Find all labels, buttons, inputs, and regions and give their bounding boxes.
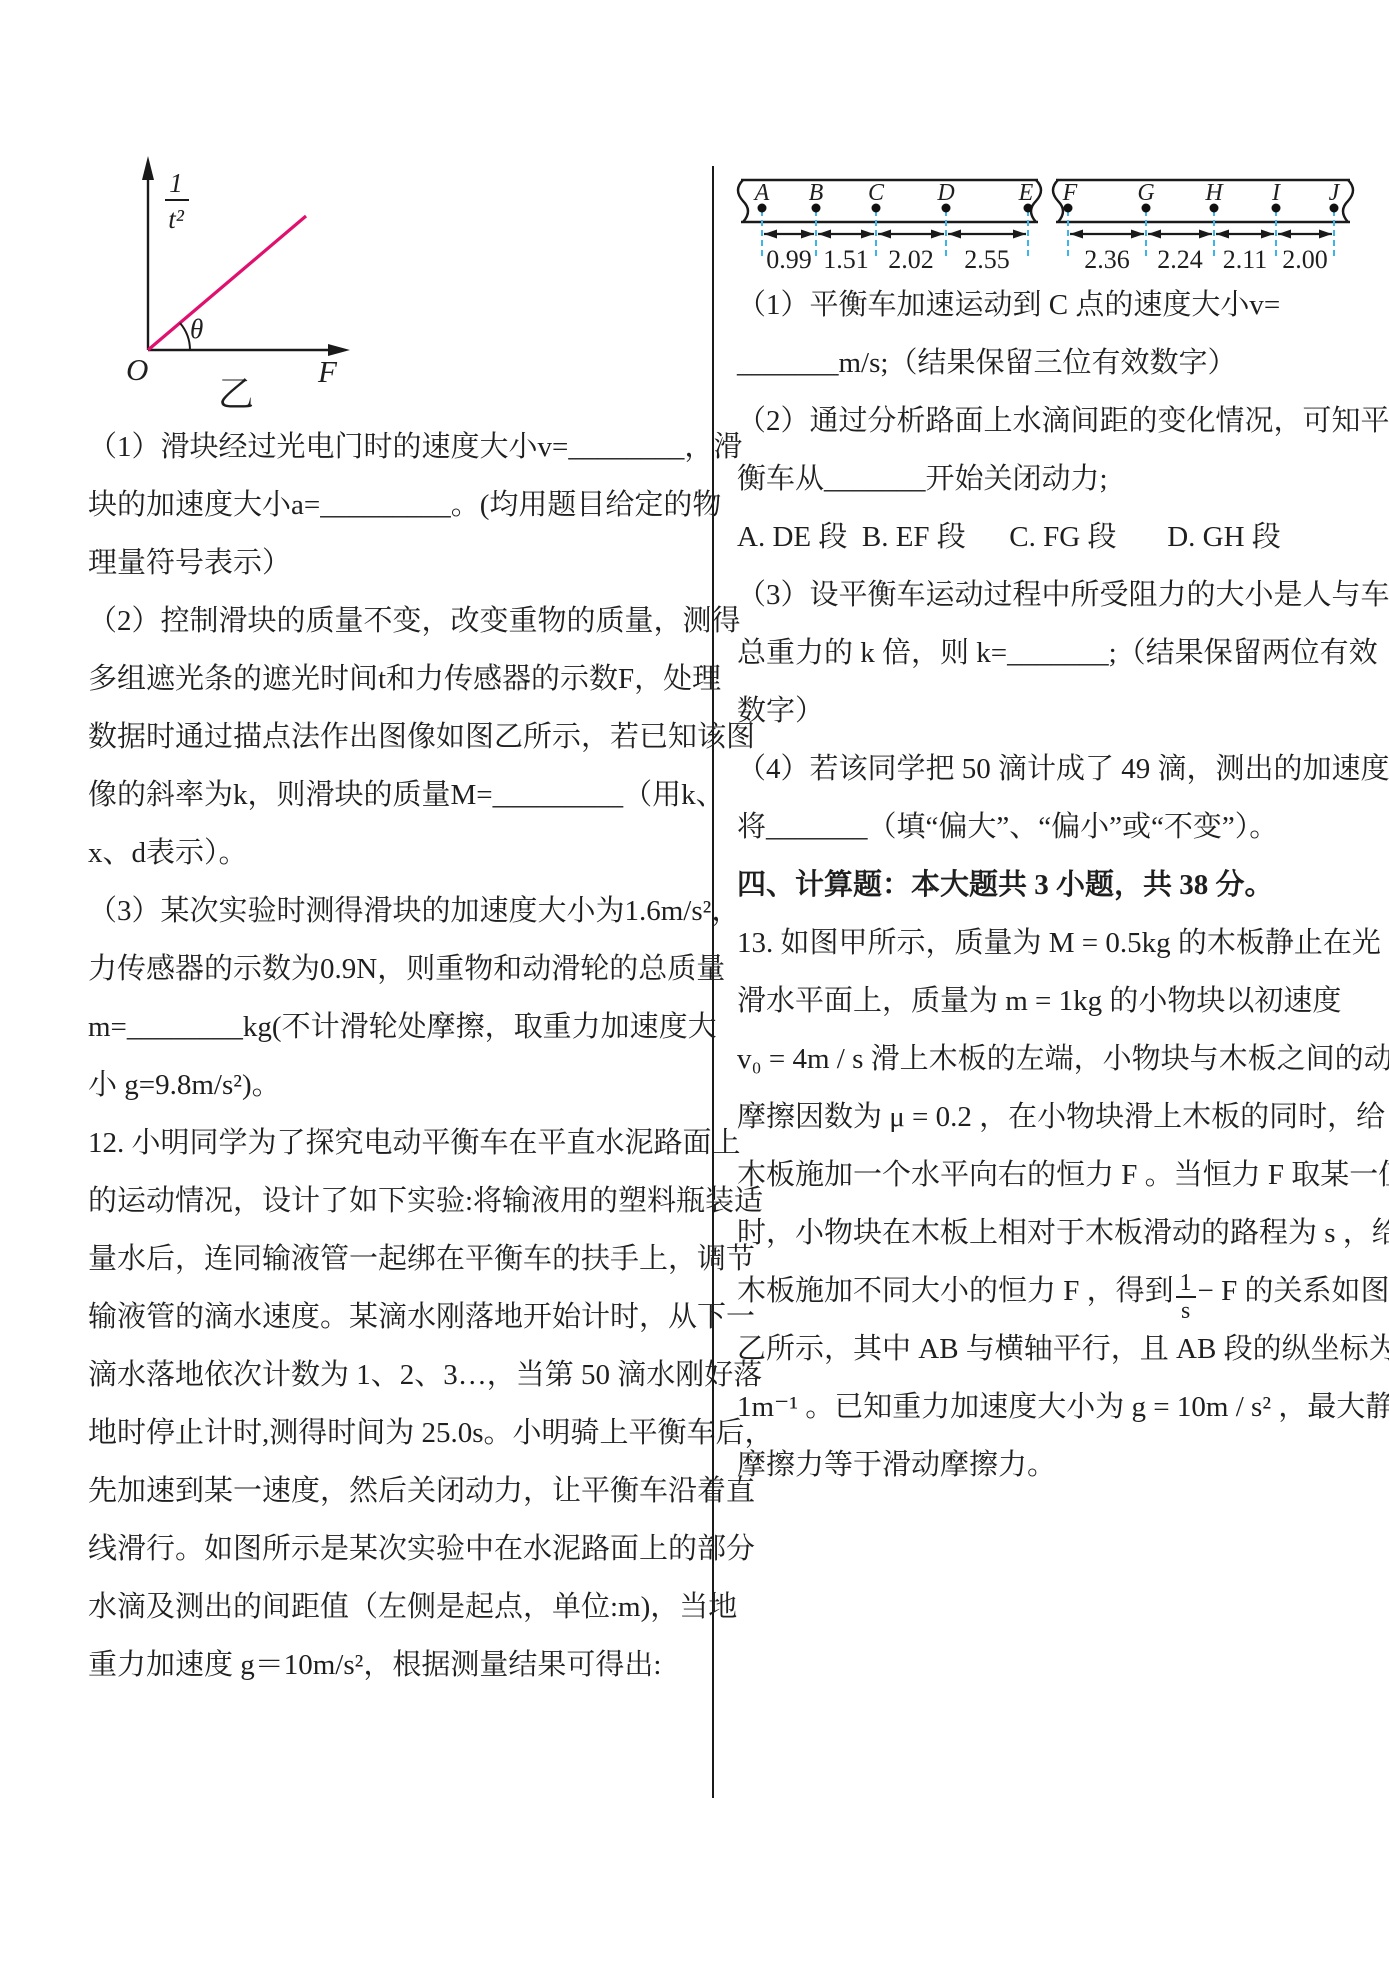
text-line: 的运动情况，设计了如下实验:将输液用的塑料瓶装适 — [88, 1172, 698, 1230]
text-line: （2）控制滑块的质量不变，改变重物的质量，测得 — [88, 592, 698, 650]
point-label: E — [1018, 180, 1034, 206]
text-line: （2）通过分析路面上水滴间距的变化情况，可知平 — [737, 392, 1357, 450]
text-line: 数字） — [737, 682, 1357, 740]
text-line: 总重力的 k 倍，则 k=_______;（结果保留两位有效 — [737, 624, 1357, 682]
text-line: 地时停止计时,测得时间为 25.0s。小明骑上平衡车后， — [88, 1404, 698, 1462]
y-axis-label-numerator: 1 — [169, 168, 183, 198]
text-line: 先加速到某一速度，然后关闭动力，让平衡车沿着直 — [88, 1462, 698, 1520]
text-line: 衡车从_______开始关闭动力; — [737, 450, 1357, 508]
point-label: F — [1062, 180, 1078, 206]
text-line: 小 g=9.8m/s²)。 — [88, 1056, 698, 1114]
gap-value: 2.02 — [888, 245, 934, 274]
gap-value: 1.51 — [823, 245, 869, 274]
text-line: 四、计算题：本大题共 3 小题，共 38 分。 — [737, 856, 1357, 914]
text-line: （3）设平衡车运动过程中所受阻力的大小是人与车 — [737, 566, 1357, 624]
strip2-right-wave — [1343, 180, 1353, 222]
text-line: 12. 小明同学为了探究电动平衡车在平直水泥路面上 — [88, 1114, 698, 1172]
text-line: v₀ = 4m / s 滑上木板的左端，小物块与木板之间的动 — [737, 1030, 1357, 1088]
text-line: 像的斜率为k，则滑块的质量M=_________（用k、 — [88, 766, 698, 824]
text-line: 1m⁻¹ 。已知重力加速度大小为 g = 10m / s² ，最大静 — [737, 1378, 1357, 1436]
gap-value: 2.24 — [1157, 245, 1203, 274]
gap-value: 2.11 — [1223, 245, 1268, 274]
gap-value: 2.36 — [1084, 245, 1130, 274]
text-line: 滑水平面上，质量为 m = 1kg 的小物块以初速度 — [737, 972, 1357, 1030]
point-label: A — [753, 180, 770, 206]
dimension-arrow — [764, 230, 1332, 239]
strip1-left-wave — [738, 180, 748, 222]
text-line: 力传感器的示数为0.9N，则重物和动滑轮的总质量 — [88, 940, 698, 998]
text-line: _______m/s;（结果保留三位有效数字） — [737, 334, 1357, 392]
text-line: 块的加速度大小a=_________。(均用题目给定的物 — [88, 476, 698, 534]
right-column: （1）平衡车加速运动到 C 点的速度大小v=_______m/s;（结果保留三位… — [737, 276, 1357, 1494]
text-line: 木板施加一个水平向右的恒力 F 。当恒力 F 取某一值 — [737, 1146, 1357, 1204]
text-line: 摩擦因数为 μ = 0.2 ，在小物块滑上木板的同时，给 — [737, 1088, 1357, 1146]
point-label: B — [809, 180, 824, 206]
point-label: J — [1329, 180, 1341, 206]
text-line: 重力加速度 g＝10m/s²，根据测量结果可得出: — [88, 1636, 698, 1694]
y-axis-label-denominator: t² — [168, 204, 185, 234]
inline-fraction: 1s — [1176, 1271, 1196, 1324]
text-line: 数据时通过描点法作出图像如图乙所示，若已知该图 — [88, 708, 698, 766]
text-line: 将_______（填“偏大”、“偏小”或“不变”）。 — [737, 798, 1357, 856]
text-line: 时，小物块在木板上相对于木板滑动的路程为 s ，给 — [737, 1204, 1357, 1262]
text-line: 13. 如图甲所示，质量为 M = 0.5kg 的木板静止在光 — [737, 914, 1357, 972]
text-line: （1）滑块经过光电门时的速度大小v=________，滑 — [88, 418, 698, 476]
gap-value: 0.99 — [766, 245, 812, 274]
data-line — [148, 216, 306, 350]
text-line: 理量符号表示） — [88, 534, 698, 592]
text-line: 木板施加不同大小的恒力 F ，得到1s− F 的关系如图 — [737, 1262, 1357, 1320]
text-line: 滴水落地依次计数为 1、2、3…，当第 50 滴水刚好落 — [88, 1346, 698, 1404]
text-line: 输液管的滴水速度。某滴水刚落地开始计时，从下一 — [88, 1288, 698, 1346]
angle-label: θ — [190, 314, 203, 344]
text-line: 量水后，连同输液管一起绑在平衡车的扶手上，调节 — [88, 1230, 698, 1288]
figure-yi-graph: 1 t² θ O F 乙 — [86, 128, 386, 428]
text-line: （3）某次实验时测得滑块的加速度大小为1.6m/s²， — [88, 882, 698, 940]
text-line: x、d表示）。 — [88, 824, 698, 882]
text-line: 线滑行。如图所示是某次实验中在水泥路面上的部分 — [88, 1520, 698, 1578]
exam-page: 1 t² θ O F 乙 — [0, 0, 1389, 1964]
y-axis-arrow-icon — [142, 156, 154, 180]
origin-label: O — [126, 352, 148, 387]
x-axis-label: F — [317, 354, 338, 389]
text-line: 摩擦力等于滑动摩擦力。 — [737, 1436, 1357, 1494]
text-line: 多组遮光条的遮光时间t和力传感器的示数F，处理 — [88, 650, 698, 708]
strip2-left-wave — [1053, 180, 1063, 222]
text-line: （4）若该同学把 50 滴计成了 49 滴，测出的加速度 — [737, 740, 1357, 798]
figure-caption: 乙 — [218, 374, 254, 414]
angle-arc — [180, 323, 190, 350]
point-label: H — [1204, 180, 1224, 206]
text-line: 水滴及测出的间距值（左侧是起点，单位:m)，当地 — [88, 1578, 698, 1636]
text-line: A. DE 段 B. EF 段 C. FG 段 D. GH 段 — [737, 508, 1357, 566]
point-label: D — [936, 180, 954, 206]
droplet-diagram: A B C D E F G H I J 0.99 — [722, 146, 1367, 278]
point-label: C — [868, 180, 885, 206]
text-line: m=________kg(不计滑轮处摩擦，取重力加速度大 — [88, 998, 698, 1056]
gap-value: 2.55 — [964, 245, 1010, 274]
text-line: （1）平衡车加速运动到 C 点的速度大小v= — [737, 276, 1357, 334]
point-label: I — [1271, 180, 1281, 206]
left-column: （1）滑块经过光电门时的速度大小v=________，滑块的加速度大小a=___… — [88, 418, 698, 1694]
point-label: G — [1137, 180, 1154, 206]
text-line: 乙所示，其中 AB 与横轴平行，且 AB 段的纵坐标为 — [737, 1320, 1357, 1378]
gap-value: 2.00 — [1282, 245, 1328, 274]
